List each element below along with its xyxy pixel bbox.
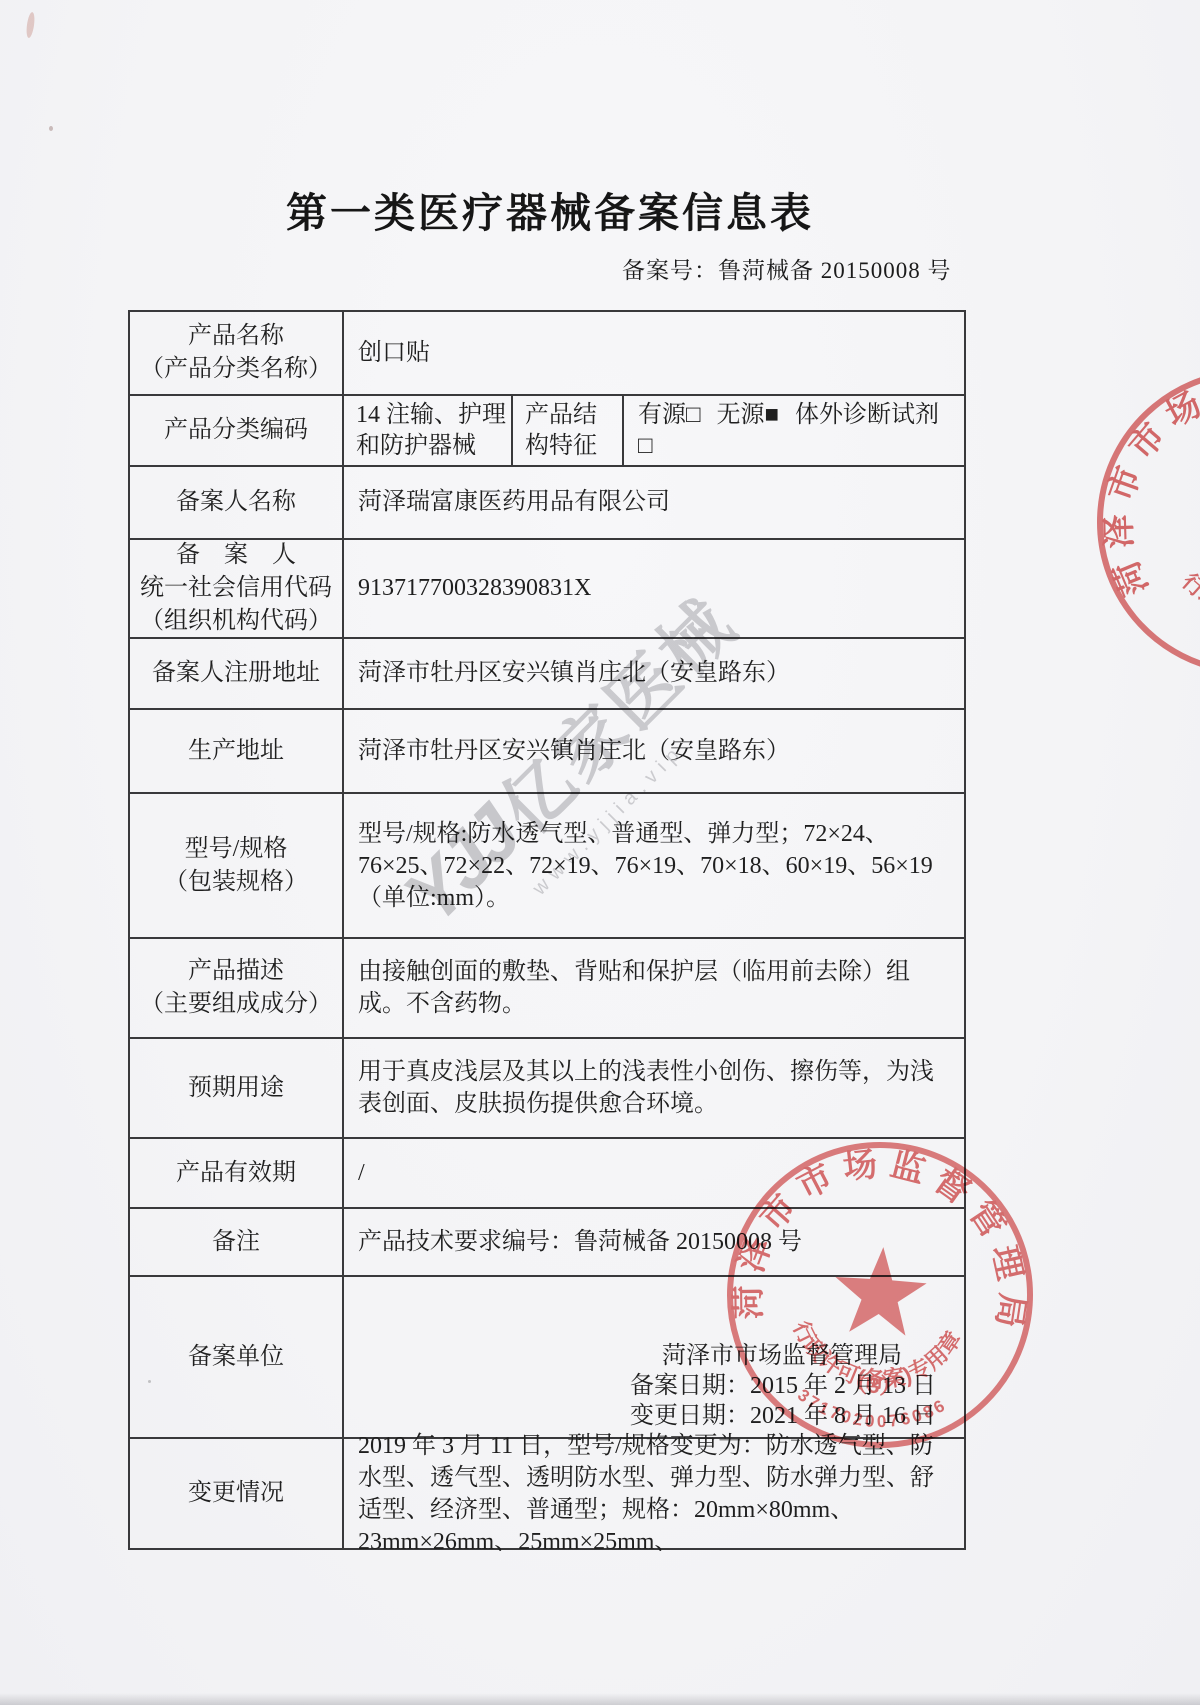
row-label-intended-use: 预期用途 xyxy=(130,1039,342,1137)
row-label-classification: 产品分类编码 xyxy=(130,396,342,465)
code-line: 14 注输、护理 xyxy=(356,400,511,431)
filing-date: 备案日期：2015 年 2 月 13 日 xyxy=(630,1371,936,1401)
row-value-filer-name: 菏泽瑞富康医药用品有限公司 xyxy=(342,467,964,538)
row-label-credit-code: 备 案 人 统一社会信用代码 （组织机构代码） xyxy=(130,540,342,637)
table-row-product-name: 产品名称 （产品分类名称） 创口贴 xyxy=(130,312,964,394)
row-value-production-address: 菏泽市牡丹区安兴镇肖庄北（安皇路东） xyxy=(342,710,964,792)
table-row-description: 产品描述 （主要组成成分） 由接触创面的敷垫、背贴和保护层（临用前去除）组成。不… xyxy=(130,937,964,1037)
classification-code-cell: 14 注输、护理 和防护器械 xyxy=(342,396,511,465)
row-label-filing-unit: 备案单位 xyxy=(130,1277,342,1437)
label-line: 型号/规格 xyxy=(185,833,288,866)
label-line: （主要组成成分） xyxy=(140,988,332,1021)
row-label-product-name: 产品名称 （产品分类名称） xyxy=(130,312,342,394)
seal-star-icon xyxy=(1192,462,1200,573)
row-label-changes: 变更情况 xyxy=(130,1439,342,1548)
record-number: 备案号：鲁菏械备 20150008 号 xyxy=(622,252,952,285)
table-row-production-address: 生产地址 菏泽市牡丹区安兴镇肖庄北（安皇路东） xyxy=(130,708,964,792)
struct-label-line: 构特征 xyxy=(525,431,622,462)
label-line: （包装规格） xyxy=(164,866,308,899)
change-date: 变更日期：2021 年 8 月 16 日 xyxy=(630,1401,936,1431)
label-line: 产品描述 xyxy=(188,955,284,988)
svg-text:菏泽市市场监督管理局: 菏泽市市场监督管理局 xyxy=(1060,332,1200,602)
table-row-registered-address: 备案人注册地址 菏泽市牡丹区安兴镇肖庄北（安皇路东） xyxy=(130,637,964,708)
code-line: 和防护器械 xyxy=(356,431,511,462)
row-value-validity: / xyxy=(342,1139,964,1207)
row-value-model-spec: 型号/规格:防水透气型、普通型、弹力型；72×24、76×25、72×22、72… xyxy=(342,794,964,937)
label-line: 备 案 人 xyxy=(176,539,296,572)
row-value-intended-use: 用于真皮浅层及其以上的浅表性小创伤、擦伤等，为浅表创面、皮肤损伤提供愈合环境。 xyxy=(342,1039,964,1137)
seal-inner-text: 行政许可(备案)专用章 xyxy=(1174,520,1200,642)
label-line: 统一社会信用代码 xyxy=(140,572,332,605)
scan-speck xyxy=(25,12,36,39)
row-value-product-name: 创口贴 xyxy=(342,312,964,394)
table-row-classification: 产品分类编码 14 注输、护理 和防护器械 产品结 构特征 有源□ 无源■ 体外… xyxy=(130,394,964,465)
structure-feature-options: 有源□ 无源■ 体外诊断试剂□ xyxy=(622,396,964,465)
registration-table: 产品名称 （产品分类名称） 创口贴 产品分类编码 14 注输、护理 和防护器械 … xyxy=(128,310,966,1550)
row-value-registered-address: 菏泽市牡丹区安兴镇肖庄北（安皇路东） xyxy=(342,639,964,708)
table-row-changes: 变更情况 2019 年 3 月 11 日，型号/规格变更为：防水透气型、防水型、… xyxy=(130,1437,964,1548)
label-line: 产品名称 xyxy=(188,320,284,353)
row-label-description: 产品描述 （主要组成成分） xyxy=(130,939,342,1037)
filing-authority: 菏泽市市场监督管理局 xyxy=(662,1341,902,1371)
label-line: （产品分类名称） xyxy=(140,353,332,386)
row-label-validity: 产品有效期 xyxy=(130,1139,342,1207)
struct-label-line: 产品结 xyxy=(525,400,622,431)
row-label-model-spec: 型号/规格 （包装规格） xyxy=(130,794,342,937)
official-seal-top: 菏泽市市场监督管理局 行政许可(备案)专用章 （3） 3717020076086 xyxy=(1036,308,1200,736)
structure-feature-label-cell: 产品结 构特征 xyxy=(511,396,622,465)
table-row-filer-name: 备案人名称 菏泽瑞富康医药用品有限公司 xyxy=(130,465,964,538)
row-label-filer-name: 备案人名称 xyxy=(130,467,342,538)
table-row-model-spec: 型号/规格 （包装规格） 型号/规格:防水透气型、普通型、弹力型；72×24、7… xyxy=(130,792,964,937)
row-value-filing-unit: 菏泽市市场监督管理局 备案日期：2015 年 2 月 13 日 变更日期：202… xyxy=(342,1277,964,1437)
form-title: 第一类医疗器械备案信息表 xyxy=(0,180,1100,239)
row-value-credit-code: 913717700328390831X xyxy=(342,540,964,637)
row-value-remark: 产品技术要求编号：鲁菏械备 20150008 号 xyxy=(342,1209,964,1275)
seal-ring-text: 菏泽市市场监督管理局 xyxy=(1060,332,1200,602)
table-row-intended-use: 预期用途 用于真皮浅层及其以上的浅表性小创伤、擦伤等，为浅表创面、皮肤损伤提供愈… xyxy=(130,1037,964,1137)
scanned-document-page: 第一类医疗器械备案信息表 备案号：鲁菏械备 20150008 号 YJJ 亿家医… xyxy=(0,0,1200,1705)
label-line: （组织机构代码） xyxy=(140,605,332,638)
row-value-description: 由接触创面的敷垫、背贴和保护层（临用前去除）组成。不含药物。 xyxy=(342,939,964,1037)
scan-speck xyxy=(49,126,53,131)
table-row-credit-code: 备 案 人 统一社会信用代码 （组织机构代码） 9137177003283908… xyxy=(130,538,964,637)
row-value-changes: 2019 年 3 月 11 日，型号/规格变更为：防水透气型、防水型、透气型、透… xyxy=(342,1439,964,1548)
table-row-filing-unit: 备案单位 菏泽市市场监督管理局 备案日期：2015 年 2 月 13 日 变更日… xyxy=(130,1275,964,1437)
table-row-validity: 产品有效期 / xyxy=(130,1137,964,1207)
row-label-registered-address: 备案人注册地址 xyxy=(130,639,342,708)
row-label-remark: 备注 xyxy=(130,1209,342,1275)
svg-text:行政许可(备案)专用章: 行政许可(备案)专用章 xyxy=(1174,520,1200,642)
row-label-production-address: 生产地址 xyxy=(130,710,342,792)
table-row-remark: 备注 产品技术要求编号：鲁菏械备 20150008 号 xyxy=(130,1207,964,1275)
